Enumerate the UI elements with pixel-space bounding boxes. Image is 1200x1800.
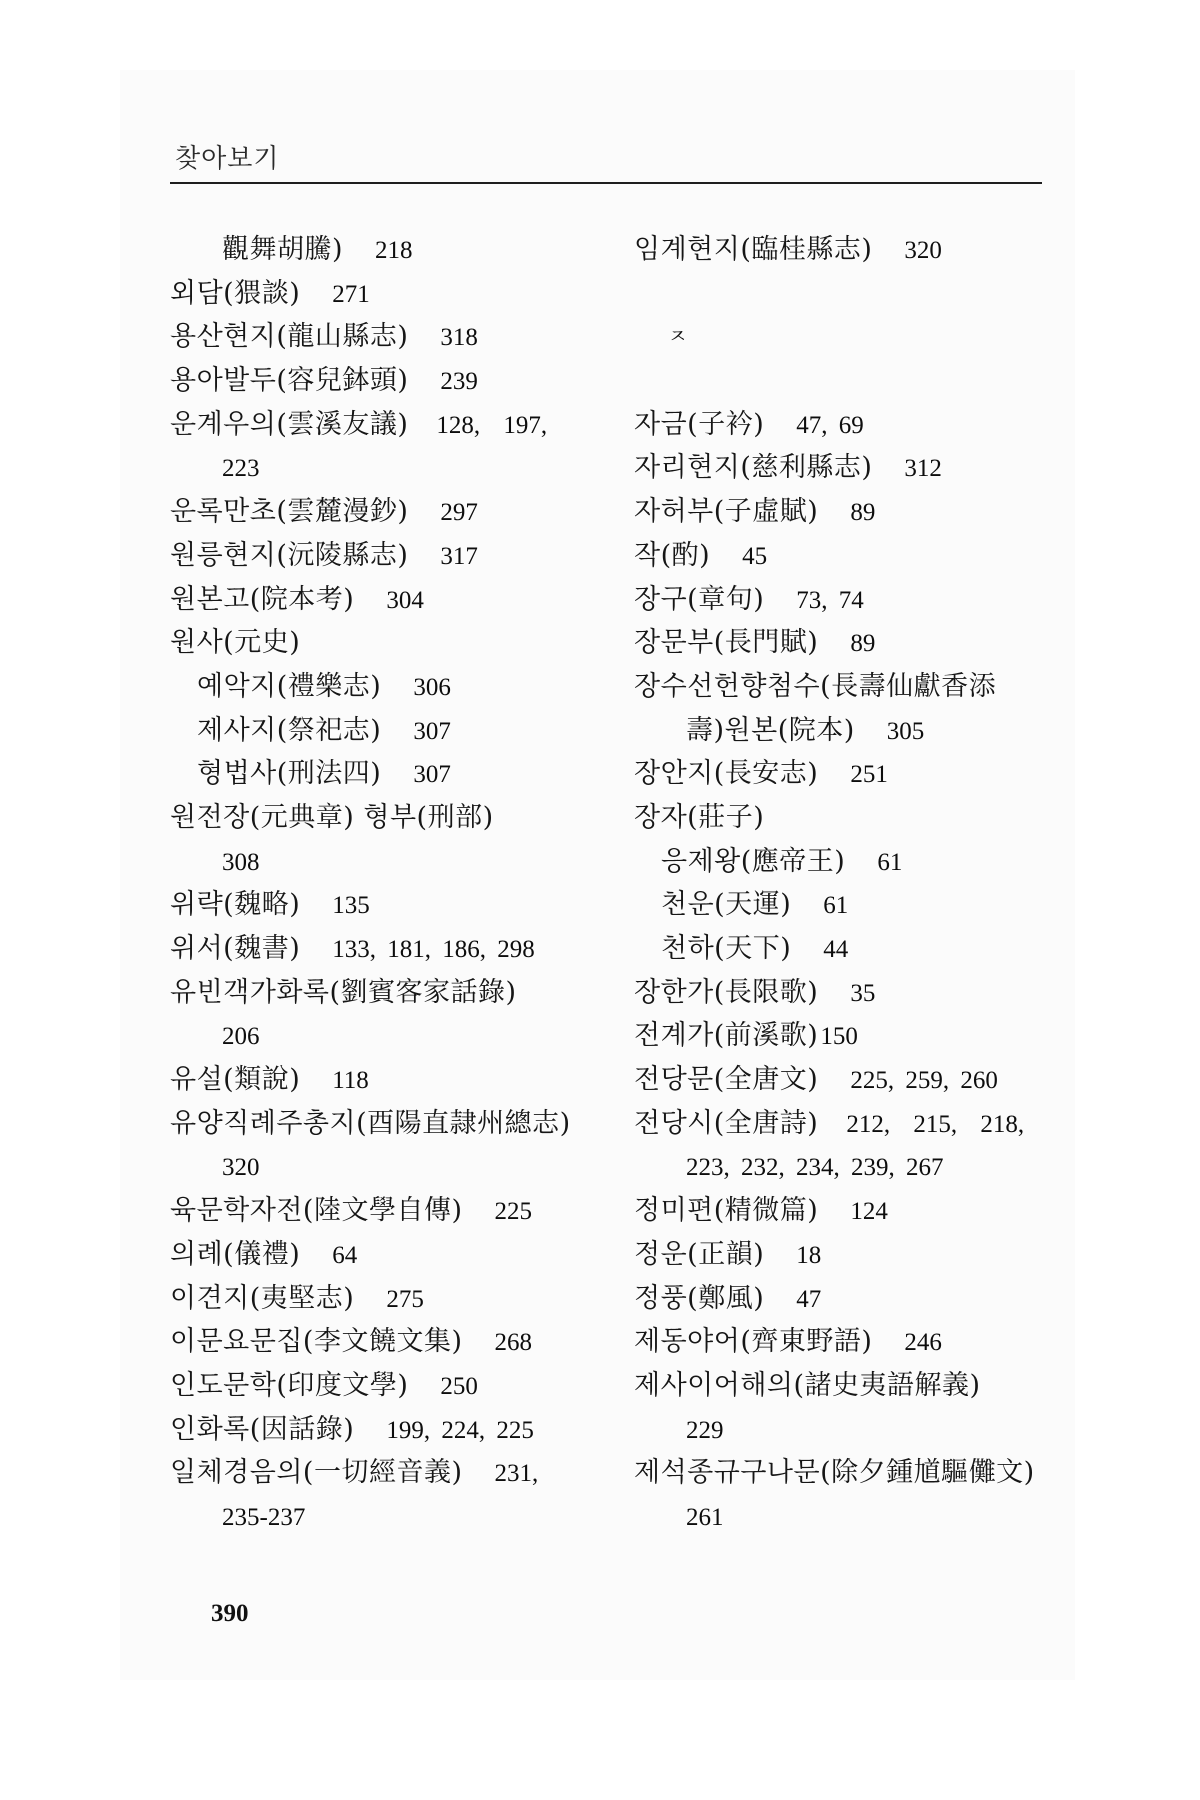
entry-pages: 304 <box>386 587 424 614</box>
running-head-title: 찾아보기 <box>175 142 279 176</box>
entry-term: 장자(莊子) <box>634 802 764 833</box>
index-entry: 인도문학(印度文學)250 <box>170 1364 585 1408</box>
entry-pages: 271 <box>332 281 370 308</box>
index-column-right: 임계현지(臨桂縣志)320 ㅈ 자금(子衿)47, 69 자리현지(慈利縣志)3… <box>634 228 1049 1539</box>
index-entry: 임계현지(臨桂縣志)320 <box>634 228 1049 272</box>
entry-term: 인도문학(印度文學) <box>170 1370 408 1401</box>
entry-term: 전당문(全唐文) <box>634 1064 818 1095</box>
entry-term: 천운(天運) <box>661 889 791 920</box>
entry-term: 운록만초(雲麓漫鈔) <box>170 496 408 527</box>
index-entry: 원전장(元典章) 형부(刑部) <box>170 796 585 840</box>
entry-pages: 297 <box>440 499 478 526</box>
index-entry: 육문학자전(陸文學自傳)225 <box>170 1189 585 1233</box>
index-entry: 원본고(院本考)304 <box>170 578 585 622</box>
entry-pages: 150 <box>820 1023 858 1050</box>
entry-pages: 223, 232, 234, 239, 267 <box>686 1154 944 1181</box>
index-entry-continuation: 229 <box>634 1408 1049 1452</box>
entry-pages: 206 <box>222 1023 260 1050</box>
entry-term: 정풍(鄭風) <box>634 1283 764 1314</box>
entry-term: 육문학자전(陸文學自傳) <box>170 1195 462 1226</box>
entry-term: 원사(元史) <box>170 627 300 658</box>
entry-term: 정미편(精微篇) <box>634 1195 818 1226</box>
entry-term: 유양직례주총지(酉陽直隷州總志) <box>170 1108 571 1139</box>
entry-pages: 231, <box>494 1460 538 1487</box>
entry-pages: 312 <box>904 455 942 482</box>
entry-term: 전당시(全唐詩) <box>634 1108 818 1139</box>
entry-pages: 225, 259, 260 <box>850 1067 998 1094</box>
entry-pages: 318 <box>440 324 478 351</box>
entry-pages: 124 <box>850 1198 888 1225</box>
index-subentry: 천운(天運)61 <box>634 883 1049 927</box>
entry-term: 유빈객가화록(劉賓客家話錄) <box>170 977 517 1008</box>
index-entry-continuation: 223, 232, 234, 239, 267 <box>634 1145 1049 1189</box>
index-entry: 장수선헌향첨수(長壽仙獻香添 <box>634 665 1049 709</box>
entry-pages: 307 <box>413 761 451 788</box>
entry-term: 용산현지(龍山縣志) <box>170 321 408 352</box>
index-entry: 장한가(長限歌)35 <box>634 971 1049 1015</box>
entry-pages: 45 <box>742 543 767 570</box>
entry-pages: 133, 181, 186, 298 <box>332 936 535 963</box>
index-entry: 유빈객가화록(劉賓客家話錄) <box>170 971 585 1015</box>
header-rule <box>170 182 1042 184</box>
index-entry: 용아발두(容兒鉢頭)239 <box>170 359 585 403</box>
entry-term: 천하(天下) <box>661 933 791 964</box>
index-entry: 제사이어해의(諸史夷語解義) <box>634 1364 1049 1408</box>
index-entry-continuation: 觀舞胡騰)218 <box>170 228 585 272</box>
index-entry-continuation: 223 <box>170 446 585 490</box>
index-entry: 유양직례주총지(酉陽直隷州總志) <box>170 1102 585 1146</box>
index-entry: 장자(莊子) <box>634 796 1049 840</box>
entry-term: 인화록(因話錄) <box>170 1414 354 1445</box>
section-letter-heading: ㅈ <box>634 315 1049 359</box>
entry-term: 정운(正韻) <box>634 1239 764 1270</box>
entry-pages: 308 <box>222 849 260 876</box>
index-entry: 전당시(全唐詩)212, 215, 218, <box>634 1102 1049 1146</box>
entry-term: 장문부(長門賦) <box>634 627 818 658</box>
entry-term: 제사이어해의(諸史夷語解義) <box>634 1370 981 1401</box>
index-entry: 장안지(長安志)251 <box>634 752 1049 796</box>
entry-pages: 320 <box>222 1154 260 1181</box>
entry-pages: 135 <box>332 892 370 919</box>
entry-term: 제사지(祭祀志) <box>197 715 381 746</box>
index-entry-continuation: 308 <box>170 840 585 884</box>
entry-term: 원본고(院本考) <box>170 584 354 615</box>
entry-term: 제석종규구나문(除夕鍾馗驅儺文) <box>634 1457 1035 1488</box>
index-entry: 장구(章句)73, 74 <box>634 578 1049 622</box>
index-entry: 위서(魏書)133, 181, 186, 298 <box>170 927 585 971</box>
index-entry: 용산현지(龍山縣志)318 <box>170 315 585 359</box>
index-entry: 유설(類說)118 <box>170 1058 585 1102</box>
entry-term: 장한가(長限歌) <box>634 977 818 1008</box>
entry-pages: 225 <box>494 1198 532 1225</box>
entry-pages: 47 <box>796 1286 821 1313</box>
entry-term: 의례(儀禮) <box>170 1239 300 1270</box>
entry-pages: 89 <box>850 630 875 657</box>
entry-term: 장구(章句) <box>634 584 764 615</box>
entry-pages: 223 <box>222 455 260 482</box>
index-entry: 원사(元史) <box>170 621 585 665</box>
entry-term: 장수선헌향첨수(長壽仙獻香添 <box>634 671 996 702</box>
index-entry: 의례(儀禮)64 <box>170 1233 585 1277</box>
entry-term: 위략(魏略) <box>170 889 300 920</box>
entry-pages: 212, 215, 218, <box>846 1111 1024 1138</box>
entry-term: 원전장(元典章) 형부(刑部) <box>170 802 494 833</box>
entry-term: 형법사(刑法四) <box>197 758 381 789</box>
entry-term: 이문요문집(李文饒文集) <box>170 1326 462 1357</box>
entry-term: 용아발두(容兒鉢頭) <box>170 365 408 396</box>
entry-pages: 306 <box>413 674 451 701</box>
index-entry: 위략(魏略)135 <box>170 883 585 927</box>
entry-pages: 218 <box>375 237 413 264</box>
index-subentry: 제사지(祭祀志)307 <box>170 709 585 753</box>
entry-term: 壽)원본(院本) <box>686 715 855 746</box>
entry-term: 응제왕(應帝王) <box>661 846 845 877</box>
page-number: 390 <box>211 1600 249 1628</box>
entry-term: 임계현지(臨桂縣志) <box>634 234 872 265</box>
entry-term: 자허부(子虛賦) <box>634 496 818 527</box>
index-entry-continuation: 壽)원본(院本)305 <box>634 709 1049 753</box>
section-spacer <box>634 359 1049 403</box>
entry-term: 원릉현지(沅陵縣志) <box>170 540 408 571</box>
index-entry: 운계우의(雲溪友議)128, 197, <box>170 403 585 447</box>
entry-pages: 307 <box>413 718 451 745</box>
entry-pages: 239 <box>440 368 478 395</box>
index-entry: 일체경음의(一切經音義)231, <box>170 1451 585 1495</box>
index-entry: 정미편(精微篇)124 <box>634 1189 1049 1233</box>
entry-pages: 73, 74 <box>796 587 864 614</box>
entry-term: 유설(類說) <box>170 1064 300 1095</box>
entry-pages: 235-237 <box>222 1504 305 1531</box>
index-column-left: 觀舞胡騰)218 외담(猥談)271 용산현지(龍山縣志)318 용아발두(容兒… <box>170 228 585 1539</box>
index-entry: 원릉현지(沅陵縣志)317 <box>170 534 585 578</box>
entry-pages: 18 <box>796 1242 821 1269</box>
index-entry: 정풍(鄭風)47 <box>634 1277 1049 1321</box>
index-entry: 제동야어(齊東野語)246 <box>634 1320 1049 1364</box>
entry-term: 운계우의(雲溪友議) <box>170 409 408 440</box>
entry-term: 작(酌) <box>634 540 710 571</box>
index-entry-continuation: 320 <box>170 1145 585 1189</box>
index-subentry: 천하(天下)44 <box>634 927 1049 971</box>
entry-term: 일체경음의(一切經音義) <box>170 1457 462 1488</box>
entry-pages: 199, 224, 225 <box>386 1417 534 1444</box>
entry-term: 觀舞胡騰) <box>222 234 343 265</box>
entry-pages: 268 <box>494 1329 532 1356</box>
entry-term: 예악지(禮樂志) <box>197 671 381 702</box>
index-entry: 자금(子衿)47, 69 <box>634 403 1049 447</box>
entry-pages: 35 <box>850 980 875 1007</box>
index-entry: 운록만초(雲麓漫鈔)297 <box>170 490 585 534</box>
entry-term: 제동야어(齊東野語) <box>634 1326 872 1357</box>
entry-pages: 64 <box>332 1242 357 1269</box>
index-subentry: 형법사(刑法四)307 <box>170 752 585 796</box>
entry-term: 자금(子衿) <box>634 409 764 440</box>
entry-pages: 47, 69 <box>796 412 864 439</box>
entry-pages: 275 <box>386 1286 424 1313</box>
index-entry: 인화록(因話錄)199, 224, 225 <box>170 1408 585 1452</box>
entry-term: 위서(魏書) <box>170 933 300 964</box>
index-subentry: 응제왕(應帝王)61 <box>634 840 1049 884</box>
index-entry: 이견지(夷堅志)275 <box>170 1277 585 1321</box>
entry-pages: 305 <box>887 718 925 745</box>
entry-term: 이견지(夷堅志) <box>170 1283 354 1314</box>
entry-pages: 229 <box>686 1417 724 1444</box>
index-entry: 제석종규구나문(除夕鍾馗驅儺文) <box>634 1451 1049 1495</box>
entry-term: 자리현지(慈利縣志) <box>634 452 872 483</box>
index-subentry: 예악지(禮樂志)306 <box>170 665 585 709</box>
index-entry-continuation: 261 <box>634 1495 1049 1539</box>
index-entry: 이문요문집(李文饒文集)268 <box>170 1320 585 1364</box>
entry-pages: 250 <box>440 1373 478 1400</box>
index-entry-continuation: 235-237 <box>170 1495 585 1539</box>
index-entry: 외담(猥談)271 <box>170 272 585 316</box>
entry-term: 장안지(長安志) <box>634 758 818 789</box>
entry-pages: 44 <box>823 936 848 963</box>
entry-pages: 317 <box>440 543 478 570</box>
entry-pages: 128, 197, <box>436 412 547 439</box>
index-entry: 자리현지(慈利縣志)312 <box>634 446 1049 490</box>
index-entry-continuation: 206 <box>170 1014 585 1058</box>
index-entry: 전계가(前溪歌)150 <box>634 1014 1049 1058</box>
entry-pages: 118 <box>332 1067 369 1094</box>
entry-pages: 261 <box>686 1504 724 1531</box>
section-spacer <box>634 272 1049 316</box>
entry-term: 외담(猥談) <box>170 278 300 309</box>
entry-pages: 61 <box>877 849 902 876</box>
index-entry: 정운(正韻)18 <box>634 1233 1049 1277</box>
index-entry: 작(酌)45 <box>634 534 1049 578</box>
entry-pages: 320 <box>904 237 942 264</box>
entry-pages: 246 <box>904 1329 942 1356</box>
entry-term: 전계가(前溪歌) <box>634 1020 818 1051</box>
entry-pages: 61 <box>823 892 848 919</box>
index-entry: 전당문(全唐文)225, 259, 260 <box>634 1058 1049 1102</box>
entry-pages: 251 <box>850 761 888 788</box>
entry-pages: 89 <box>850 499 875 526</box>
index-entry: 장문부(長門賦)89 <box>634 621 1049 665</box>
index-entry: 자허부(子虛賦)89 <box>634 490 1049 534</box>
